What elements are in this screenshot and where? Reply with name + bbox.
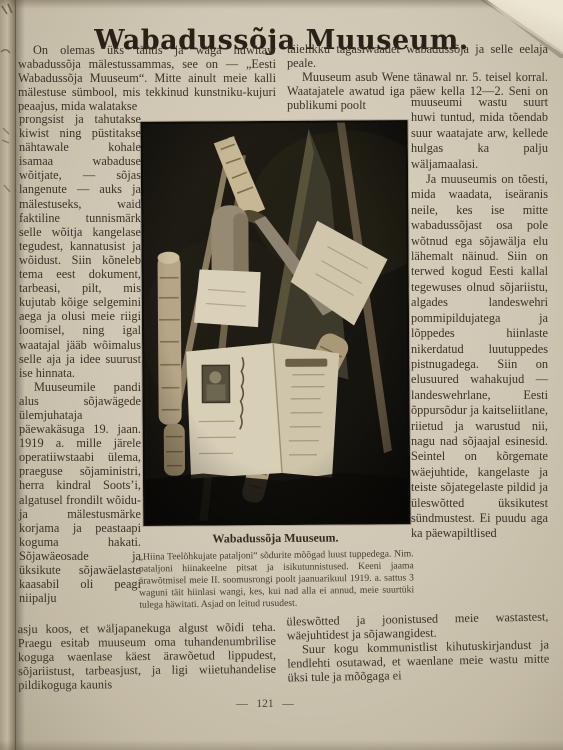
- left-column-narrow: prongsist ja tahutakse kiwist ning püsti…: [19, 112, 141, 605]
- paragraph: asju koos, et wäljapanekuga algust wõidi…: [18, 621, 277, 693]
- left-column-bottom: asju koos, et wäljapanekuga algust wõidi…: [18, 621, 277, 693]
- paragraph: muuseumi wastu suurt huwi tuntud, mida t…: [411, 95, 548, 172]
- photo-caption-text: „Hiina Teelõhkujate pataljoni“ sõdurite …: [139, 548, 415, 612]
- paragraph: On olemas üks tähtis ja wäga huwitaw wab…: [18, 44, 276, 114]
- top-edge-shadow: [0, 0, 563, 9]
- paragraph: Suur kogu kommunistlist kihutuskirjandus…: [287, 638, 550, 685]
- right-column-bottom: üleswõtted ja joonistused meie wastastes…: [286, 610, 549, 685]
- paragraph: täielikku tagasiwaadet wabadussõja ja se…: [287, 43, 548, 71]
- paragraph: prongsist ja tahutakse kiwist ning püsti…: [19, 112, 141, 380]
- paragraph: Ja muuseumis on tõesti, mida waadata, is…: [411, 172, 548, 542]
- paragraph: Muuseumile pandi alus sõjawägede ülemjuh…: [19, 380, 141, 606]
- magazine-page: Wabadussõja Muuseum. On olemas üks tähti…: [0, 0, 563, 750]
- museum-photo: [141, 120, 411, 526]
- left-column-top: On olemas üks tähtis ja wäga huwitaw wab…: [18, 44, 276, 114]
- right-column-narrow: muuseumi wastu suurt huwi tuntud, mida t…: [411, 95, 548, 542]
- page-number: — 121 —: [120, 698, 410, 710]
- photo-caption-title: Wabadussõja Muuseum.: [142, 530, 409, 547]
- bottom-edge-shadow: [0, 740, 563, 750]
